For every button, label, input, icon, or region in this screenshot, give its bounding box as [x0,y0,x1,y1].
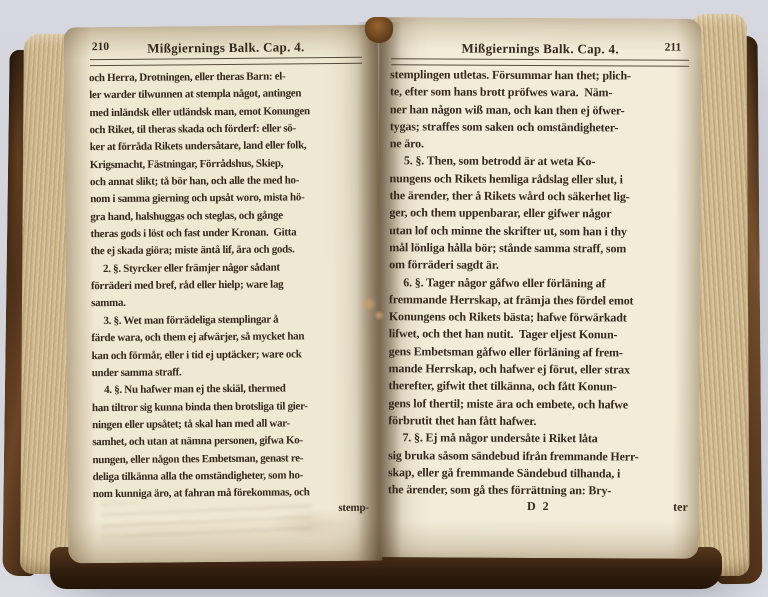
show-through-text [102,501,312,537]
text-line: therefter, gifwit thet tilkänna, och fåt… [388,378,690,397]
left-page: 210 Mißgiernings Balk. Cap. 4. och Herra… [64,25,383,564]
text-line: skap, eller gå fremmande Sändebud tilhan… [388,464,690,483]
foxing-spot [374,310,384,321]
right-page: Mißgiernings Balk. Cap. 4. 211 stempling… [377,17,702,559]
running-title: Mißgiernings Balk. Cap. 4. [147,39,304,55]
text-line: 6. §. Tager någor gåfwo eller förläning … [389,274,691,293]
text-line: Konungens och Rikets bästa; hafwe förwär… [389,308,691,327]
text-line: mål lönliga hålla bör; stånde samma stra… [389,239,691,258]
text-line: the ärender, som gå thes förrättning an:… [388,481,690,500]
text-line: gens lof thertil; miste ära och embete, … [388,395,690,414]
page-header: Mißgiernings Balk. Cap. 4. 211 [391,39,689,59]
text-line: gens Embetsman gåfwo eller förläning af … [389,343,691,362]
catchword: ter [673,500,688,515]
page-text: stemplingen utletas. Försummar han thet;… [388,66,692,500]
text-line: 5. §. Then, som betrodd är at weta Ko- [390,153,692,172]
running-title: Mißgiernings Balk. Cap. 4. [462,41,619,57]
text-line: förbrutit thet han fått hafwer. [388,412,690,431]
foxing-spot [362,296,376,312]
page-header: 210 Mißgiernings Balk. Cap. 4. [90,38,362,58]
text-line: om förräderi sagdt är. [389,256,691,275]
text-line: nungens och Rikets hemliga rådslag eller… [390,170,692,189]
page-text: och Herra, Drotningen, eller theras Barn… [89,68,369,504]
text-line: lifwet, och thet han nutit. Tager eljest… [389,326,691,345]
page-number: 211 [665,42,682,54]
text-line: nom kunniga äro, at fahran må förekommas… [93,484,369,504]
text-line: fremmande Herrskap, at främja thes förde… [389,291,691,310]
text-line: tygas; straffes som saken och omständigh… [390,118,692,137]
header-double-rule [90,57,362,66]
text-line: ger, och them uppenbarar, eller gifwer n… [389,205,691,224]
text-line: stemplingen utletas. Försummar han thet;… [390,66,692,85]
text-line: 7. §. Ej må någor undersåte i Riket låta [388,429,690,448]
signature-line: D 2 ter [388,498,690,515]
signature-mark: D 2 [388,498,690,515]
spine-top [365,17,393,43]
text-line: sig bruka såsom sändebud ifrån fremmande… [388,447,690,466]
text-line: ne äro. [390,135,692,154]
text-line: ner han någon wiß man, och kan then ej ö… [390,101,692,120]
page-number: 210 [92,41,109,53]
text-line: utan lof och minne the skrifter ut, som … [389,222,691,241]
text-line: mande Herrskap, och hafwer ej förut, ell… [389,360,691,379]
header-double-rule [391,58,689,66]
text-line: te, efter som hans brott pröfwes wara. N… [390,84,692,103]
text-line: the ärender, ther å Rikets wård och säke… [389,187,691,206]
